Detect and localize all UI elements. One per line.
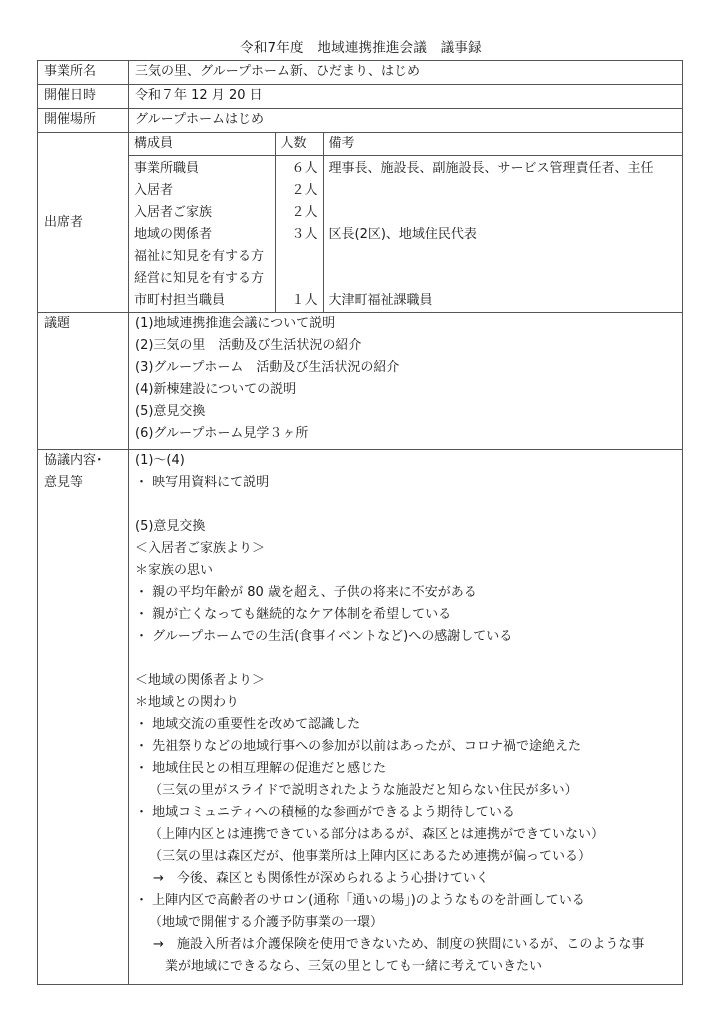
office-value: 三気の里、グループホーム新、ひだまり、はじめ	[129, 61, 683, 85]
attendee-note	[323, 268, 682, 290]
document-title: 令和7年度 地域連携推進会議 議事録	[0, 36, 722, 56]
discussion-line: → 施設入所者は介護保険を使用できないため、制度の狭間にいるが、このような事	[135, 934, 676, 956]
agenda-item: (6)グループホーム見学３ヶ所	[135, 423, 676, 445]
attendee-row: 経営に知見を有する方	[129, 268, 682, 290]
agenda-item: (4)新棟建設についての説明	[135, 379, 676, 401]
attendee-row: 地域の関係者 ３人 区長(2区)、地域住民代表	[129, 224, 682, 246]
attendee-member: 地域の関係者	[129, 224, 275, 246]
discussion-line: (5)意見交換	[135, 516, 676, 538]
attendee-row: 福祉に知見を有する方	[129, 246, 682, 268]
discussion-line: ・ 親の平均年齢が 80 歳を超え、子供の将来に不安がある	[135, 582, 676, 604]
header-note: 備考	[323, 133, 682, 156]
attendee-note: 理事長、施設長、副施設長、サービス管理責任者、主任	[323, 156, 682, 181]
agenda-item: (3)グループホーム 活動及び生活状況の紹介	[135, 357, 676, 379]
attendee-count: １人	[275, 290, 323, 312]
attendee-note	[323, 180, 682, 202]
minutes-table: 事業所名 三気の里、グループホーム新、ひだまり、はじめ 開催日時 令和７年 12…	[37, 60, 683, 985]
attendee-row: 入居者ご家族 ２人	[129, 202, 682, 224]
discussion-label: 協議内容･ 意見等	[38, 450, 129, 985]
agenda-item: (2)三気の里 活動及び生活状況の紹介	[135, 335, 676, 357]
attendee-member: 市町村担当職員	[129, 290, 275, 312]
row-date: 開催日時 令和７年 12 月 20 日	[38, 85, 683, 109]
discussion-line: ・ グループホームでの生活(食事イベントなど)への感謝している	[135, 626, 676, 648]
discussion-line: ＊地域との関わり	[135, 692, 676, 714]
blank-line	[135, 648, 676, 670]
discussion-line: ＜地域の関係者より＞	[135, 670, 676, 692]
discussion-line: → 今後、森区とも関係性が深められるよう心掛けていく	[135, 868, 676, 890]
row-attendees: 出席者 構成員 人数 備考 事業所職員 ６人 理事長、施設長、副施設長、サービス…	[38, 133, 683, 313]
discussion-line: ・ 地域住民との相互理解の促進だと感じた	[135, 758, 676, 780]
discussion-line: (1)～(4)	[135, 450, 676, 472]
discussion-line: （三気の里がスライドで説明されたような施設だと知らない住民が多い）	[135, 780, 676, 802]
discussion-line: ・ 親が亡くなっても継続的なケア体制を希望している	[135, 604, 676, 626]
attendee-member: 事業所職員	[129, 156, 275, 181]
discussion-body: (1)～(4) ・ 映写用資料にて説明 (5)意見交換 ＜入居者ご家族より＞ ＊…	[129, 450, 683, 985]
attendee-member: 入居者ご家族	[129, 202, 275, 224]
discussion-line: ・ 上陣内区で高齢者のサロン(通称「通いの場」)のようなものを計画している	[135, 890, 676, 912]
attendee-member: 経営に知見を有する方	[129, 268, 275, 290]
header-count: 人数	[275, 133, 323, 156]
attendee-count: ２人	[275, 180, 323, 202]
row-discussion: 協議内容･ 意見等 (1)～(4) ・ 映写用資料にて説明 (5)意見交換 ＜入…	[38, 450, 683, 985]
attendee-note: 大津町福祉課職員	[323, 290, 682, 312]
attendee-note	[323, 246, 682, 268]
attendees-label: 出席者	[38, 133, 129, 313]
attendee-count: ３人	[275, 224, 323, 246]
date-value: 令和７年 12 月 20 日	[129, 85, 683, 109]
discussion-line: ・ 地域コミュニティへの積極的な参画ができるよう期待している	[135, 802, 676, 824]
attendee-note: 区長(2区)、地域住民代表	[323, 224, 682, 246]
row-agenda: 議題 (1)地域連携推進会議について説明 (2)三気の里 活動及び生活状況の紹介…	[38, 313, 683, 450]
agenda-item: (5)意見交換	[135, 401, 676, 423]
date-label: 開催日時	[38, 85, 129, 109]
attendee-count	[275, 246, 323, 268]
blank-line	[135, 494, 676, 516]
row-place: 開催場所 グループホームはじめ	[38, 109, 683, 133]
attendee-row: 事業所職員 ６人 理事長、施設長、副施設長、サービス管理責任者、主任	[129, 156, 682, 181]
discussion-label-line1: 協議内容･	[44, 450, 122, 472]
discussion-line: （三気の里は森区だが、他事業所は上陣内区にあるため連携が偏っている）	[135, 846, 676, 868]
attendee-note	[323, 202, 682, 224]
attendees-header: 構成員 人数 備考	[129, 133, 682, 156]
discussion-line: ・ 地域交流の重要性を改めて認識した	[135, 714, 676, 736]
place-value: グループホームはじめ	[129, 109, 683, 133]
discussion-label-line2: 意見等	[44, 472, 122, 494]
discussion-line: 業が地域にできるなら、三気の里としても一緒に考えていきたい	[135, 956, 676, 978]
attendee-count: ６人	[275, 156, 323, 181]
attendee-row: 市町村担当職員 １人 大津町福祉課職員	[129, 290, 682, 312]
discussion-line: ＊家族の思い	[135, 560, 676, 582]
discussion-line: ・ 先祖祭りなどの地域行事への参加が以前はあったが、コロナ禍で途絶えた	[135, 736, 676, 758]
agenda-list: (1)地域連携推進会議について説明 (2)三気の里 活動及び生活状況の紹介 (3…	[129, 313, 683, 450]
attendee-count: ２人	[275, 202, 323, 224]
discussion-line: ＜入居者ご家族より＞	[135, 538, 676, 560]
agenda-label: 議題	[38, 313, 129, 450]
place-label: 開催場所	[38, 109, 129, 133]
row-office: 事業所名 三気の里、グループホーム新、ひだまり、はじめ	[38, 61, 683, 85]
discussion-line: （上陣内区とは連携できている部分はあるが、森区とは連携ができていない）	[135, 824, 676, 846]
header-member: 構成員	[129, 133, 275, 156]
office-label: 事業所名	[38, 61, 129, 85]
attendees-table: 構成員 人数 備考 事業所職員 ６人 理事長、施設長、副施設長、サービス管理責任…	[129, 133, 682, 312]
attendee-count	[275, 268, 323, 290]
agenda-item: (1)地域連携推進会議について説明	[135, 313, 676, 335]
attendee-row: 入居者 ２人	[129, 180, 682, 202]
attendee-member: 福祉に知見を有する方	[129, 246, 275, 268]
attendees-cell: 構成員 人数 備考 事業所職員 ６人 理事長、施設長、副施設長、サービス管理責任…	[129, 133, 683, 313]
attendee-member: 入居者	[129, 180, 275, 202]
discussion-line: （地域で開催する介護予防事業の一環）	[135, 912, 676, 934]
discussion-line: ・ 映写用資料にて説明	[135, 472, 676, 494]
